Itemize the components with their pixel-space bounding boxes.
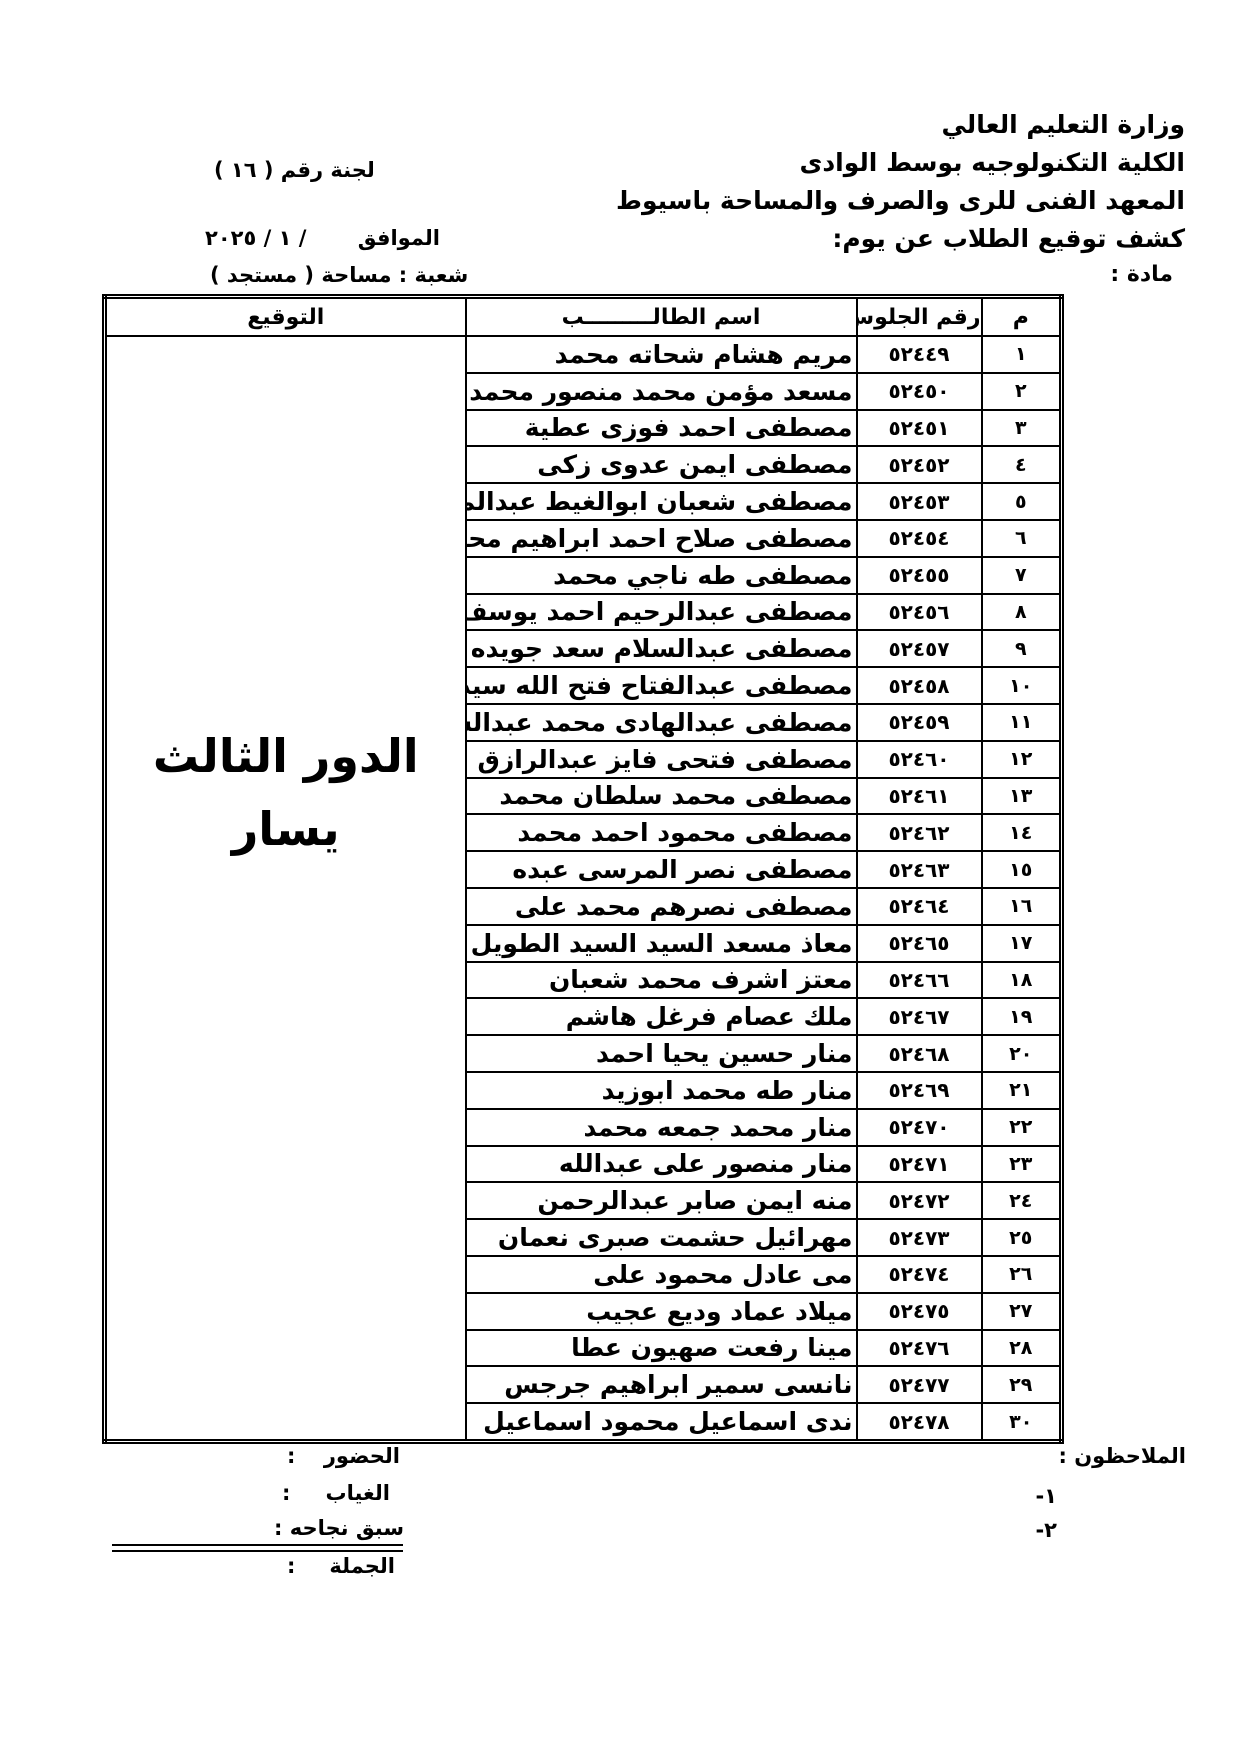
seat-number-cell: ٥٢٤٥٩ <box>857 704 982 741</box>
seat-number-cell: ٥٢٤٥٨ <box>857 667 982 704</box>
serial-number-cell: ٢٣ <box>982 1146 1062 1183</box>
student-name-cell: مصطفى فتحى فايز عبدالرازق <box>466 741 857 778</box>
floor-location-note: الدور الثالثيسار <box>107 720 465 866</box>
signature-column-area: الدور الثالثيسار <box>105 336 466 1441</box>
serial-number-cell: ١٦ <box>982 888 1062 925</box>
seat-number-cell: ٥٢٤٦٩ <box>857 1072 982 1109</box>
student-name-cell: مصطفى محمد سلطان محمد <box>466 778 857 815</box>
seat-number-cell: ٥٢٤٧٨ <box>857 1403 982 1441</box>
absence-row: الغياب : <box>282 1481 390 1505</box>
serial-number-cell: ١٠ <box>982 667 1062 704</box>
student-name-cell: مصطفى شعبان ابوالغيط عبدالمعطى <box>466 483 857 520</box>
total-row: الجملة : <box>287 1554 395 1578</box>
serial-number-cell: ١٩ <box>982 998 1062 1035</box>
seat-number-cell: ٥٢٤٦٨ <box>857 1035 982 1072</box>
seat-number-cell: ٥٢٤٦١ <box>857 778 982 815</box>
col-header-seat: رقم الجلوس <box>857 297 982 337</box>
serial-number-cell: ٢٧ <box>982 1293 1062 1330</box>
serial-number-cell: ١٨ <box>982 962 1062 999</box>
seat-number-cell: ٥٢٤٧٣ <box>857 1219 982 1256</box>
seat-number-cell: ٥٢٤٦٢ <box>857 814 982 851</box>
subject-label: مادة : <box>1110 262 1173 287</box>
student-name-cell: منار منصور على عبدالله <box>466 1146 857 1183</box>
serial-number-cell: ١٣ <box>982 778 1062 815</box>
student-name-cell: مصطفى احمد فوزى عطية <box>466 410 857 447</box>
student-name-cell: مريم هشام شحاته محمد <box>466 336 857 373</box>
table-header-row: م رقم الجلوس اسم الطالـــــــــب التوقيع <box>105 297 1062 337</box>
student-name-cell: مصطفى نصرهم محمد على <box>466 888 857 925</box>
seat-number-cell: ٥٢٤٥٣ <box>857 483 982 520</box>
observer-item-1: ١- <box>1035 1484 1057 1508</box>
seat-number-cell: ٥٢٤٦٣ <box>857 851 982 888</box>
serial-number-cell: ٣٠ <box>982 1403 1062 1441</box>
seat-number-cell: ٥٢٤٥٦ <box>857 594 982 631</box>
serial-number-cell: ٨ <box>982 594 1062 631</box>
student-name-cell: منار محمد جمعه محمد <box>466 1109 857 1146</box>
serial-number-cell: ٣ <box>982 410 1062 447</box>
seat-number-cell: ٥٢٤٧٧ <box>857 1366 982 1403</box>
seat-number-cell: ٥٢٤٧٤ <box>857 1256 982 1293</box>
date-value: / ١ / ٢٠٢٥ <box>205 226 306 250</box>
student-name-cell: مصطفى صلاح احمد ابراهيم محمد <box>466 520 857 557</box>
student-name-cell: منه ايمن صابر عبدالرحمن <box>466 1182 857 1219</box>
sheet-title-line: كشف توقيع الطلاب عن يوم: <box>616 220 1185 258</box>
section-label: شعبة : مساحة ( مستجد ) <box>210 263 468 287</box>
floor-note-line1: الدور الثالث <box>107 720 465 793</box>
col-header-serial: م <box>982 297 1062 337</box>
seat-number-cell: ٥٢٤٥٧ <box>857 630 982 667</box>
student-name-cell: مصطفى عبدالهادى محمد عبدالسميع <box>466 704 857 741</box>
floor-note-line2: يسار <box>107 793 465 866</box>
student-name-cell: مصطفى طه ناجي محمد <box>466 557 857 594</box>
double-rule-divider <box>112 1544 403 1552</box>
observers-label: الملاحظون : <box>1059 1444 1187 1468</box>
serial-number-cell: ٢١ <box>982 1072 1062 1109</box>
signature-sheet-page: وزارة التعليم العالي الكلية التكنولوجيه … <box>0 0 1241 1755</box>
student-roster-table: م رقم الجلوس اسم الطالـــــــــب التوقيع… <box>102 294 1064 1444</box>
seat-number-cell: ٥٢٤٥٥ <box>857 557 982 594</box>
student-name-cell: ميلاد عماد وديع عجيب <box>466 1293 857 1330</box>
serial-number-cell: ٢٠ <box>982 1035 1062 1072</box>
seat-number-cell: ٥٢٤٦٧ <box>857 998 982 1035</box>
total-colon: : <box>287 1554 295 1578</box>
serial-number-cell: ٢٨ <box>982 1330 1062 1367</box>
student-name-cell: مصطفى محمود احمد محمد <box>466 814 857 851</box>
student-name-cell: ملك عصام فرغل هاشم <box>466 998 857 1035</box>
seat-number-cell: ٥٢٤٥٤ <box>857 520 982 557</box>
serial-number-cell: ١٧ <box>982 925 1062 962</box>
seat-number-cell: ٥٢٤٧١ <box>857 1146 982 1183</box>
serial-number-cell: ١ <box>982 336 1062 373</box>
serial-number-cell: ٢٩ <box>982 1366 1062 1403</box>
student-name-cell: مصطفى نصر المرسى عبده <box>466 851 857 888</box>
serial-number-cell: ٢٦ <box>982 1256 1062 1293</box>
student-row: ١٥٢٤٤٩مريم هشام شحاته محمدالدور الثالثيس… <box>105 336 1062 373</box>
student-name-cell: مينا رفعت صهيون عطا <box>466 1330 857 1367</box>
ministry-line: وزارة التعليم العالي <box>616 106 1185 144</box>
student-name-cell: معتز اشرف محمد شعبان <box>466 962 857 999</box>
seat-number-cell: ٥٢٤٥٠ <box>857 373 982 410</box>
institute-line: المعهد الفنى للرى والصرف والمساحة باسيوط <box>616 182 1185 220</box>
serial-number-cell: ٢ <box>982 373 1062 410</box>
college-line: الكلية التكنولوجيه بوسط الوادى <box>616 144 1185 182</box>
serial-number-cell: ٥ <box>982 483 1062 520</box>
serial-number-cell: ٢٥ <box>982 1219 1062 1256</box>
student-name-cell: منار طه محمد ابوزيد <box>466 1072 857 1109</box>
date-row: الموافق / ١ / ٢٠٢٥ <box>205 226 440 250</box>
student-name-cell: معاذ مسعد السيد السيد الطويل <box>466 925 857 962</box>
seat-number-cell: ٥٢٤٥٢ <box>857 446 982 483</box>
absence-label: الغياب <box>326 1481 391 1505</box>
serial-number-cell: ١٢ <box>982 741 1062 778</box>
student-name-cell: مصطفى عبدالفتاح فتح الله سيد <box>466 667 857 704</box>
seat-number-cell: ٥٢٤٧٥ <box>857 1293 982 1330</box>
absence-colon: : <box>282 1481 290 1505</box>
student-name-cell: مى عادل محمود على <box>466 1256 857 1293</box>
observer-item-2: ٢- <box>1035 1518 1057 1542</box>
student-name-cell: ندى اسماعيل محمود اسماعيل <box>466 1403 857 1441</box>
serial-number-cell: ٦ <box>982 520 1062 557</box>
col-header-signature: التوقيع <box>105 297 466 337</box>
seat-number-cell: ٥٢٤٦٥ <box>857 925 982 962</box>
seat-number-cell: ٥٢٤٦٤ <box>857 888 982 925</box>
serial-number-cell: ٤ <box>982 446 1062 483</box>
serial-number-cell: ٢٤ <box>982 1182 1062 1219</box>
student-name-cell: مصطفى عبدالسلام سعد جويده <box>466 630 857 667</box>
seat-number-cell: ٥٢٤٥١ <box>857 410 982 447</box>
student-name-cell: منار حسين يحيا احمد <box>466 1035 857 1072</box>
student-name-cell: مصطفى عبدالرحيم احمد يوسف <box>466 594 857 631</box>
seat-number-cell: ٥٢٤٦٠ <box>857 741 982 778</box>
col-header-name: اسم الطالـــــــــب <box>466 297 857 337</box>
serial-number-cell: ٢٢ <box>982 1109 1062 1146</box>
date-label: الموافق <box>358 226 440 250</box>
letterhead: وزارة التعليم العالي الكلية التكنولوجيه … <box>616 106 1185 258</box>
attendance-row: الحضور : <box>287 1444 400 1468</box>
student-name-cell: مسعد مؤمن محمد منصور محمد <box>466 373 857 410</box>
roster-body: ١٥٢٤٤٩مريم هشام شحاته محمدالدور الثالثيس… <box>105 336 1062 1441</box>
seat-number-cell: ٥٢٤٧٠ <box>857 1109 982 1146</box>
seat-number-cell: ٥٢٤٦٦ <box>857 962 982 999</box>
attendance-colon: : <box>287 1444 295 1468</box>
seat-number-cell: ٥٢٤٧٢ <box>857 1182 982 1219</box>
seat-number-cell: ٥٢٤٤٩ <box>857 336 982 373</box>
student-name-cell: نانسى سمير ابراهيم جرجس <box>466 1366 857 1403</box>
serial-number-cell: ١١ <box>982 704 1062 741</box>
total-label: الجملة <box>329 1554 395 1578</box>
prior-success-label: سبق نجاحه : <box>288 1516 404 1540</box>
serial-number-cell: ٧ <box>982 557 1062 594</box>
student-name-cell: مهرائيل حشمت صبرى نعمان <box>466 1219 857 1256</box>
student-name-cell: مصطفى ايمن عدوى زكى <box>466 446 857 483</box>
attendance-label: الحضور <box>324 1444 400 1468</box>
serial-number-cell: ٩ <box>982 630 1062 667</box>
serial-number-cell: ١٥ <box>982 851 1062 888</box>
serial-number-cell: ١٤ <box>982 814 1062 851</box>
seat-number-cell: ٥٢٤٧٦ <box>857 1330 982 1367</box>
committee-number: لجنة رقم ( ١٦ ) <box>214 158 375 182</box>
